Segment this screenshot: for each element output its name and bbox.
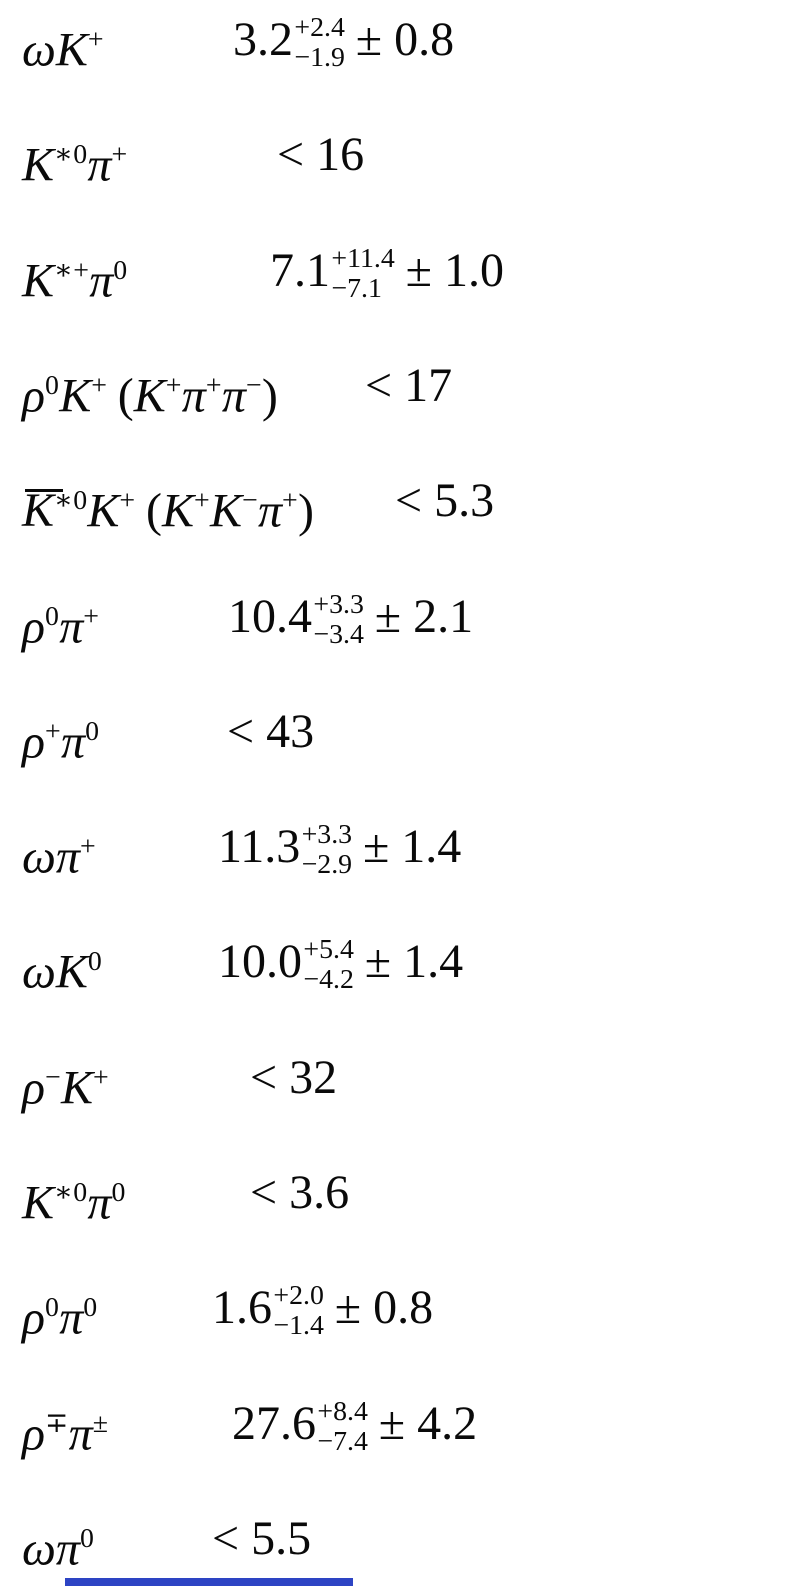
mode-token: 0 — [113, 255, 127, 286]
mode-token: K — [87, 484, 119, 537]
central-value: 11.3 — [218, 820, 300, 873]
mode-token: 0 — [80, 1523, 94, 1554]
mode-token: π — [61, 715, 85, 768]
mode-token: π — [87, 1176, 111, 1229]
mode-token: ρ — [22, 600, 45, 653]
mode-token: 0 — [88, 946, 102, 977]
mode-token: K — [162, 484, 194, 537]
asymmetric-errors: +3.3−2.9 — [302, 820, 352, 880]
error-up: +3.3 — [313, 590, 363, 620]
upper-limit: < 16 — [277, 123, 364, 187]
mode-token: π — [258, 484, 282, 537]
table-row: K∗0π+< 16 — [0, 123, 800, 187]
systematic-error: ± 1.4 — [363, 820, 461, 873]
mode-token: π — [56, 830, 80, 883]
decay-mode: K∗0π+ — [22, 123, 127, 197]
central-value: 1.6 — [212, 1281, 272, 1334]
mode-token: K — [59, 369, 91, 422]
mode-token: 0 — [111, 1177, 125, 1208]
limit-value: < 5.3 — [395, 474, 494, 527]
mode-token: + — [206, 370, 222, 401]
decay-mode: ρ+π0 — [22, 700, 99, 774]
decay-mode: ρ∓π± — [22, 1392, 108, 1466]
asymmetric-errors: +11.4−7.1 — [331, 244, 394, 304]
error-up: +8.4 — [317, 1397, 367, 1427]
table-row: ρ−K+< 32 — [0, 1046, 800, 1110]
limit-value: < 5.5 — [212, 1512, 311, 1565]
mode-token: ω — [22, 830, 56, 883]
limit-value: < 16 — [277, 128, 364, 181]
table-row: ρ0K+(K+π+π−)< 17 — [0, 354, 800, 418]
asymmetric-errors: +2.4−1.9 — [294, 13, 344, 73]
decay-mode: K∗+π0 — [22, 239, 127, 313]
mode-token: K — [22, 1176, 54, 1229]
mode-token: K — [22, 484, 54, 537]
decay-mode: ρ0π+ — [22, 585, 99, 659]
decay-mode: ωK0 — [22, 930, 102, 1004]
error-down: −4.2 — [303, 965, 353, 995]
mode-token: + — [119, 485, 135, 516]
asymmetric-errors: +2.0−1.4 — [273, 1281, 323, 1341]
systematic-error: ± 1.0 — [406, 244, 504, 297]
mode-token: ∓ — [45, 1408, 69, 1439]
mode-token: − — [45, 1062, 61, 1093]
mode-token: + — [88, 24, 104, 55]
table-row: ωπ0< 5.5 — [0, 1507, 800, 1571]
table-row: ωπ+11.3+3.3−2.9± 1.4 — [0, 815, 800, 879]
error-down: −3.4 — [313, 620, 363, 650]
decay-mode: ωK+ — [22, 8, 104, 82]
systematic-error: ± 0.8 — [335, 1281, 433, 1334]
mode-token: π — [59, 600, 83, 653]
limit-value: < 32 — [250, 1051, 337, 1104]
mode-token: ρ — [22, 1407, 45, 1460]
mode-token: K — [22, 138, 54, 191]
mode-token: + — [282, 485, 298, 516]
mode-token: ρ — [22, 369, 45, 422]
mode-token: ∗0 — [54, 139, 87, 170]
mode-token: 0 — [45, 370, 59, 401]
systematic-error: ± 2.1 — [375, 590, 473, 643]
mode-token: ρ — [22, 1291, 45, 1344]
table-row: ρ0π01.6+2.0−1.4± 0.8 — [0, 1276, 800, 1340]
upper-limit: < 17 — [365, 354, 452, 418]
mode-token: K — [56, 23, 88, 76]
mode-token: + — [93, 1062, 109, 1093]
mode-token: + — [80, 831, 96, 862]
branching-value: 11.3+3.3−2.9± 1.4 — [218, 815, 461, 881]
table-row: ρ0π+10.4+3.3−3.4± 2.1 — [0, 585, 800, 649]
error-down: −2.9 — [302, 850, 352, 880]
decay-mode: ρ0K+(K+π+π−) — [22, 354, 278, 428]
branching-value: 27.6+8.4−7.4± 4.2 — [232, 1392, 477, 1458]
mode-token: ∗+ — [54, 255, 89, 286]
mode-token: K — [210, 484, 242, 537]
mode-token: π — [59, 1291, 83, 1344]
upper-limit: < 5.3 — [395, 469, 494, 533]
mode-token: K — [22, 254, 54, 307]
branching-value: 1.6+2.0−1.4± 0.8 — [212, 1276, 433, 1342]
mode-token: − — [242, 485, 258, 516]
mode-token: 0 — [85, 716, 99, 747]
limit-value: < 3.6 — [250, 1166, 349, 1219]
systematic-error: ± 0.8 — [356, 13, 454, 66]
mode-token: ( — [146, 484, 162, 537]
central-value: 3.2 — [233, 13, 293, 66]
table-row: ρ∓π±27.6+8.4−7.4± 4.2 — [0, 1392, 800, 1456]
limit-value: < 17 — [365, 359, 452, 412]
mode-token: + — [111, 139, 127, 170]
mode-token: ) — [262, 369, 278, 422]
decay-mode: ρ−K+ — [22, 1046, 109, 1120]
error-up: +3.3 — [302, 820, 352, 850]
upper-limit: < 43 — [227, 700, 314, 764]
systematic-error: ± 4.2 — [379, 1397, 477, 1450]
mode-token: ± — [93, 1408, 109, 1439]
table-row: K∗+π07.1+11.4−7.1± 1.0 — [0, 239, 800, 303]
mode-token: ∗0 — [54, 1177, 87, 1208]
decay-mode: ωπ+ — [22, 815, 96, 889]
table-row: K∗0K+(K+K−π+)< 5.3 — [0, 469, 800, 533]
error-down: −7.1 — [331, 274, 381, 304]
error-up: +11.4 — [331, 244, 394, 274]
upper-limit: < 3.6 — [250, 1161, 349, 1225]
mode-token: ρ — [22, 715, 45, 768]
decay-mode: K∗0π0 — [22, 1161, 126, 1235]
branching-value: 10.0+5.4−4.2± 1.4 — [218, 930, 463, 996]
upper-limit: < 32 — [250, 1046, 337, 1110]
mode-token: π — [182, 369, 206, 422]
mode-token: π — [87, 138, 111, 191]
mode-token: ρ — [22, 1061, 45, 1114]
table-row: ωK+3.2+2.4−1.9± 0.8 — [0, 8, 800, 72]
central-value: 10.0 — [218, 935, 302, 988]
mode-token: K — [56, 945, 88, 998]
mode-token: + — [45, 716, 61, 747]
table-row: ωK010.0+5.4−4.2± 1.4 — [0, 930, 800, 994]
mode-token: π — [69, 1407, 93, 1460]
mode-token: ω — [22, 945, 56, 998]
table-row: K∗0π0< 3.6 — [0, 1161, 800, 1225]
mode-token: + — [91, 370, 107, 401]
mode-token: K — [61, 1061, 93, 1114]
branching-value: 7.1+11.4−7.1± 1.0 — [270, 239, 504, 305]
error-up: +2.0 — [273, 1281, 323, 1311]
upper-limit: < 5.5 — [212, 1507, 311, 1571]
branching-value: 3.2+2.4−1.9± 0.8 — [233, 8, 454, 74]
asymmetric-errors: +5.4−4.2 — [303, 935, 353, 995]
decay-mode: ρ0π0 — [22, 1276, 98, 1350]
mode-token: 0 — [45, 1292, 59, 1323]
mode-token: ω — [22, 1522, 56, 1575]
decay-mode: ωπ0 — [22, 1507, 94, 1581]
asymmetric-errors: +8.4−7.4 — [317, 1397, 367, 1457]
mode-token: K — [134, 369, 166, 422]
mode-token: ) — [298, 484, 314, 537]
error-up: +5.4 — [303, 935, 353, 965]
branching-value: 10.4+3.3−3.4± 2.1 — [228, 585, 473, 651]
asymmetric-errors: +3.3−3.4 — [313, 590, 363, 650]
mode-token: 0 — [45, 601, 59, 632]
branching-fraction-table: ωK+3.2+2.4−1.9± 0.8K∗0π+< 16K∗+π07.1+11.… — [0, 0, 800, 1586]
decay-mode: K∗0K+(K+K−π+) — [22, 469, 314, 543]
systematic-error: ± 1.4 — [365, 935, 463, 988]
table-row: ρ+π0< 43 — [0, 700, 800, 764]
mode-token: + — [194, 485, 210, 516]
error-down: −7.4 — [317, 1427, 367, 1457]
mode-token: π — [222, 369, 246, 422]
mode-token: ( — [118, 369, 134, 422]
mode-token: ω — [22, 23, 56, 76]
error-up: +2.4 — [294, 13, 344, 43]
central-value: 27.6 — [232, 1397, 316, 1450]
limit-value: < 43 — [227, 705, 314, 758]
mode-token: − — [246, 370, 262, 401]
cropped-blue-bar — [65, 1578, 353, 1586]
central-value: 10.4 — [228, 590, 312, 643]
mode-token: 0 — [83, 1292, 97, 1323]
mode-token: + — [83, 601, 99, 632]
central-value: 7.1 — [270, 244, 330, 297]
mode-token: + — [166, 370, 182, 401]
error-down: −1.9 — [294, 43, 344, 73]
error-down: −1.4 — [273, 1311, 323, 1341]
mode-token: π — [89, 254, 113, 307]
mode-token: π — [56, 1522, 80, 1575]
